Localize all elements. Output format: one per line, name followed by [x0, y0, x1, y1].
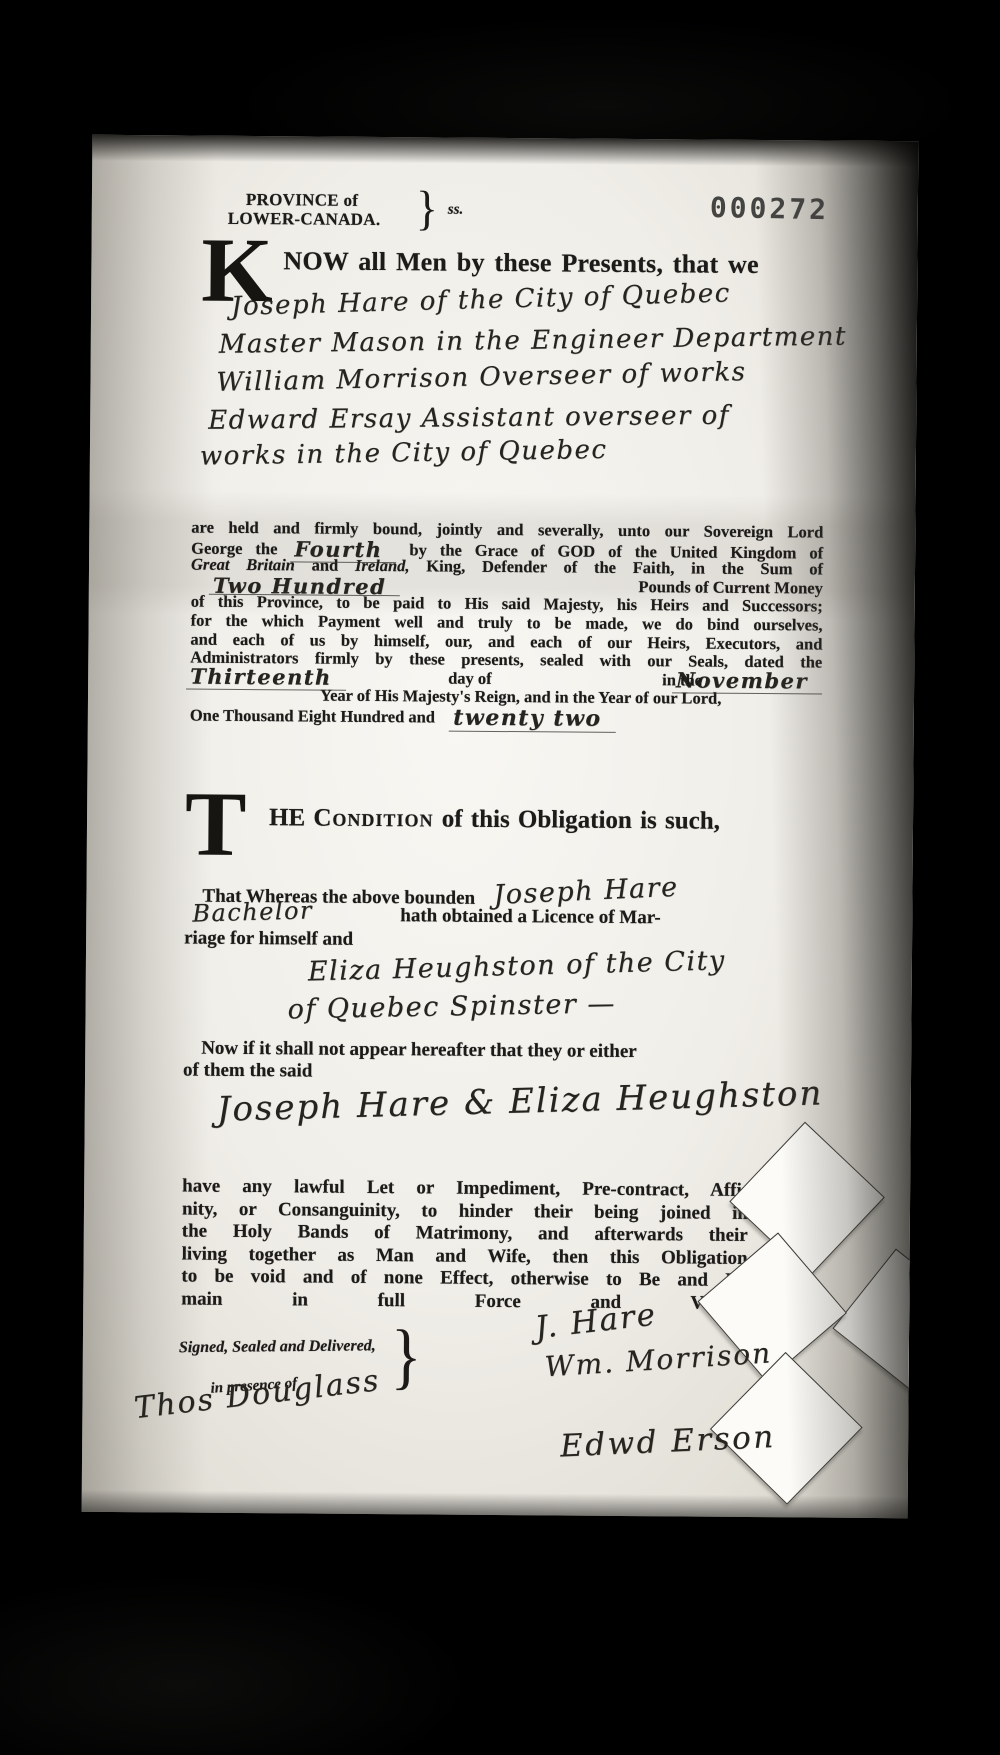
- handwritten-sum: Two Hundred: [209, 576, 401, 596]
- jurat-brace: }: [416, 180, 439, 236]
- bond-text: One Thousand Eight Hundred and: [190, 705, 435, 726]
- condition-heading-he: HE: [269, 804, 305, 831]
- ss-abbreviation: ss.: [448, 202, 464, 219]
- handwritten-year: twenty two: [449, 705, 616, 733]
- condition-dropcap: T: [185, 788, 247, 860]
- scan-background: PROVINCE of LOWER-CANADA. } ss. 000272 K…: [0, 0, 1000, 1755]
- attestation-brace: }: [391, 1314, 422, 1399]
- witness-signature: Thos Douglass: [132, 1363, 382, 1426]
- attestation-line: Signed, Sealed and Delivered,: [179, 1337, 376, 1357]
- handwritten-day: Thirteenth: [186, 663, 346, 690]
- bond-text: in the: [662, 671, 702, 690]
- jurisdiction-line1: PROVINCE of: [228, 190, 381, 210]
- handwritten-obligor-line: Master Mason in the Engineer Department: [219, 322, 848, 360]
- closing-paragraph: have any lawful Let or Impediment, Pre-c…: [181, 1176, 748, 1316]
- handwritten-obligor-line: works in the City of Quebec: [200, 435, 608, 472]
- bond-date-line: Thirteenth day of November in the Third: [190, 667, 822, 691]
- handwritten-obligor-line: Edward Ersay Assistant overseer of: [208, 401, 730, 436]
- document-page: PROVINCE of LOWER-CANADA. } ss. 000272 K…: [82, 135, 919, 1518]
- handwritten-groom-status: Bachelor: [192, 896, 313, 927]
- surety-signature: Wm. Morrison: [544, 1336, 773, 1383]
- handwritten-bride-line: of Quebec Spinster —: [287, 988, 616, 1025]
- riage-line: riage for himself and: [184, 928, 353, 951]
- closing-line: main in full Force and Virtue.: [181, 1288, 747, 1315]
- status-line: Bachelor hath obtained a Licence of Mar-: [192, 902, 752, 930]
- bond-text-italic: Great Britain: [191, 555, 295, 575]
- handwritten-bride-line: Eliza Heughston of the City: [307, 945, 726, 987]
- handwritten-regnal-name: Fourth: [290, 536, 396, 563]
- wafer-seal: [832, 1249, 918, 1392]
- condition-heading: HE Condition of this Obligation is such,: [269, 804, 720, 836]
- condition-heading-word: Condition: [313, 805, 433, 833]
- bond-text: King, Defender of the Faith, in the Sum …: [426, 557, 823, 579]
- bond-year-line: One Thousand Eight Hundred and twenty tw…: [190, 704, 822, 728]
- obtained-text: hath obtained a Licence of Mar-: [400, 905, 661, 929]
- condition-heading-rest: of this Obligation is such,: [442, 806, 720, 835]
- bond-text: day of: [448, 669, 492, 688]
- handwritten-obligor-line: William Morrison Overseer of works: [216, 357, 747, 398]
- document-number-stamp: 000272: [710, 191, 830, 226]
- handwritten-obligor-line: Joseph Hare of the City of Quebec: [231, 278, 731, 322]
- bond-paragraph: are held and firmly bound, jointly and s…: [190, 519, 824, 728]
- now-clause-line: of them the said: [183, 1060, 312, 1083]
- know-heading: NOW all Men by these Presents, that we: [283, 246, 759, 280]
